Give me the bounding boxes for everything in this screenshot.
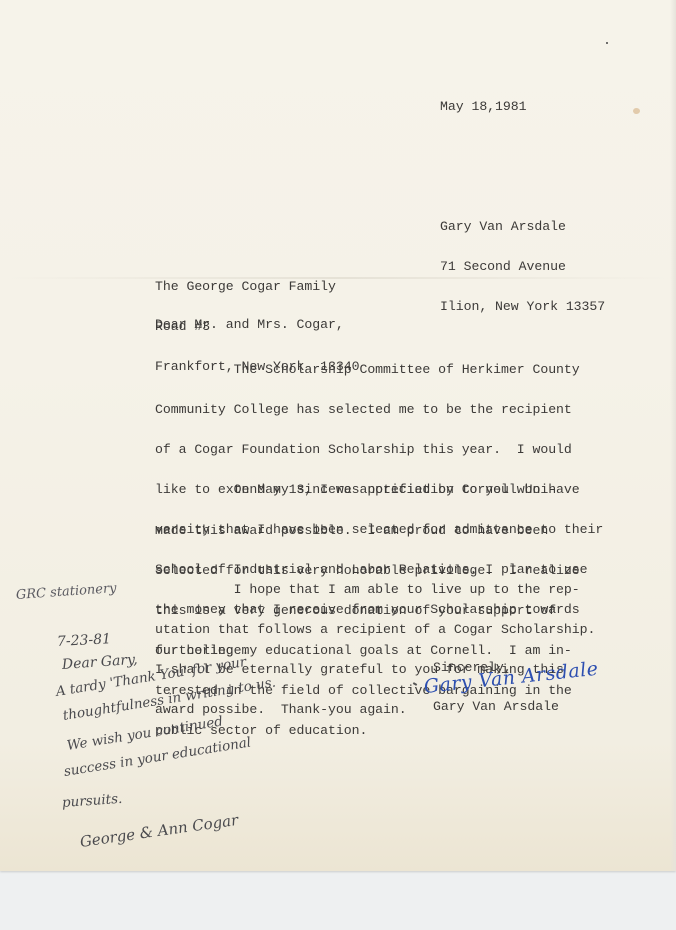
letter-date: May 18,1981 <box>440 100 527 113</box>
text-line: The Scholarship Committee of Herkimer Co… <box>155 363 580 376</box>
paper-stain <box>633 108 640 114</box>
typed-name: Gary Van Arsdale <box>433 700 559 713</box>
handwritten-stationery-note: GRC stationery <box>15 581 117 603</box>
sender-address: Gary Van Arsdale 71 Second Avenue Ilion,… <box>440 193 605 340</box>
handwritten-greeting: Dear Gary, <box>61 652 138 673</box>
paper-speck <box>606 42 608 44</box>
page-edge-shadow <box>670 0 676 871</box>
sender-city: Ilion, New York 13357 <box>440 300 605 313</box>
salutation: Dear Mr. and Mrs. Cogar, <box>155 318 344 331</box>
handwritten-line: pursuits. <box>61 791 122 811</box>
text-line: On May 13, I was notified by Cornell Uni… <box>155 483 603 496</box>
text-line: versity that I have been selected for ad… <box>155 523 603 536</box>
letter-page: May 18,1981 Gary Van Arsdale 71 Second A… <box>0 0 676 871</box>
sender-name: Gary Van Arsdale <box>440 220 605 233</box>
text-line: I hope that I am able to live up to the … <box>155 583 595 596</box>
handwritten-date: 7-23-81 <box>57 631 112 650</box>
text-line: utation that follows a recipient of a Co… <box>155 623 595 636</box>
handwritten-signoff: George & Ann Cogar <box>79 811 240 851</box>
text-line: Community College has selected me to be … <box>155 403 580 416</box>
text-line: of a Cogar Foundation Scholarship this y… <box>155 443 580 456</box>
recipient-name: The George Cogar Family <box>155 280 359 293</box>
sender-street: 71 Second Avenue <box>440 260 605 273</box>
